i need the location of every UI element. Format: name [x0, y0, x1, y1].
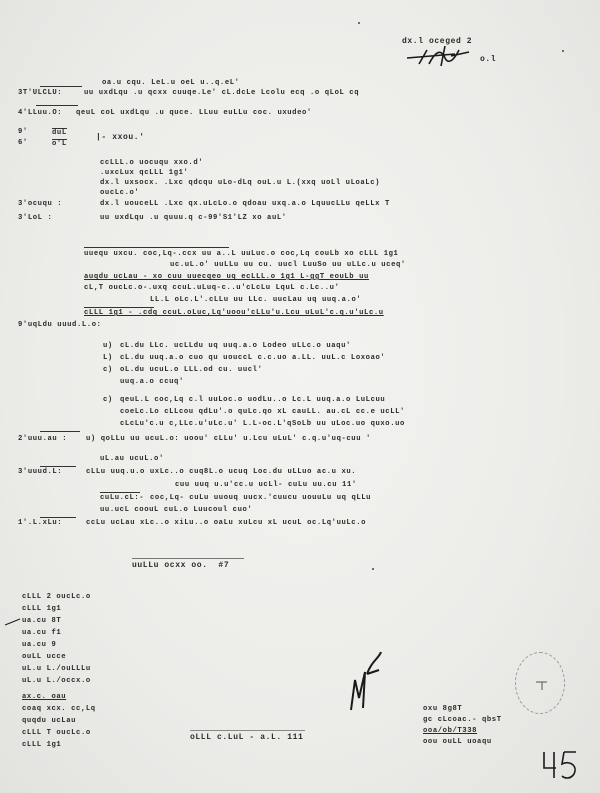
note-label: 3'uuud.L: — [18, 468, 62, 477]
fraction-numerator: duL — [52, 128, 67, 138]
paragraph-line: cLLL 1g1 - .cdq ccuL.oLuc,Lq'uoou'cLLu'u… — [84, 309, 384, 318]
addressee-line: oa.u cqu. LeL.u oeL u..q.eL' — [102, 79, 240, 88]
item-marker: u) — [103, 342, 113, 351]
subject-text: uu uxdLqu .u qcxx cuuqe.Le' cL.dcLe Lcol… — [84, 89, 359, 98]
distribution-item: ua.cu 8T — [22, 617, 61, 626]
item-text: qeuL.L coc,Lq c.l uuLoc.o uodLu..o Lc.L … — [120, 396, 385, 405]
copy-label: 2'uuu.au : — [18, 435, 67, 444]
underline-decor — [36, 105, 78, 106]
signoff-line: uuLLu ocxx oo. #7 — [132, 561, 229, 570]
distribution-item: ua.cu f1 — [22, 629, 61, 638]
item-text: cLcLu'c.u c,LLc.u'uLc.u' L.L-oc.L'qSoLb … — [120, 420, 405, 429]
note2-text: coc,Lq- cuLu uuouq uucx.'cuucu uouuLu uq… — [150, 494, 371, 503]
paragraph-line: uuequ uxcu. coc,Lq-.ccx uu a..L uuLuc.o … — [84, 250, 398, 259]
list-line: oucLc.o' — [100, 189, 139, 198]
note-text: cLLu uuq.u.o uxLc..o cuq8L.o ucuq Loc.du… — [86, 468, 356, 477]
footer-center-line: oLLL c.LuL - a.L. 111 — [190, 733, 303, 742]
section-label: 9'uqLdu uuud.L.o: — [18, 321, 102, 330]
distribution-item: cLLL 2 oucLc.o — [22, 593, 91, 602]
distribution-item: cLLL T oucLc.o — [22, 729, 91, 738]
speck — [562, 50, 564, 52]
distribution-item: uL.u L./occx.o — [22, 677, 91, 686]
list-line: .uxcLux qcLLL 1g1' — [100, 169, 188, 178]
item-text: cL.du uuq.a.o cuo qu uouccL c.c.uo a.LL.… — [120, 354, 385, 363]
item-marker: c) — [103, 366, 113, 375]
action-text: ccLu ucLau xLc..o xiLu..o oaLu xuLcu xL … — [86, 519, 366, 528]
action-label: 1'.L.xLu: — [18, 519, 62, 528]
speck — [372, 568, 374, 570]
from-label: 3'ocuqu : — [18, 200, 62, 209]
paragraph-line: uc.uL.o' uuLLu uu cu. uucl LuuSo uu uLLc… — [170, 261, 406, 270]
paragraph-line: auqdu ucLau - xo cuu uuecqeo uq ecLLL.o … — [84, 273, 369, 282]
footer-right-line: oxu 8g8T — [423, 705, 462, 714]
item-text: oL.du ucuL.o LLL.od cu. uucl' — [120, 366, 262, 375]
item-text: uuq.a.o ccuq' — [120, 378, 184, 387]
footer-right-line: oou ouLL uoaqu — [423, 738, 492, 747]
date-label: 3'LoL : — [18, 214, 52, 223]
distribution-item: cLLL 1g1 — [22, 741, 61, 750]
stamp-mark — [535, 680, 549, 692]
list-line: dx.l uxsocx. .Lxc qdcqu uLo-dLq ouL.u L.… — [100, 179, 380, 188]
reference-text: qeuL coL uxdLqu .u quce. LLuu euLLu coc.… — [76, 109, 312, 118]
distribution-item: ouLL ucce — [22, 653, 66, 662]
underline-decor — [40, 466, 76, 467]
paragraph-line: cL,T oucLc.o-.uxq ccuL.uLuq-c..u'cLcLu L… — [84, 284, 340, 293]
subject-label: 3T'ULCLU: — [18, 89, 62, 98]
tick-mark — [4, 618, 22, 626]
note2-text-cont: uu.ucL coouL cuL.o Luucoul cuo' — [100, 506, 252, 515]
underline-decor — [40, 431, 80, 432]
dashed-rule — [190, 730, 305, 731]
distribution-item: quqdu ucLau — [22, 717, 76, 726]
handwritten-initials-ms — [345, 650, 385, 715]
handwritten-number — [540, 748, 580, 782]
underline-decor — [100, 492, 140, 493]
copy-text-cont: uL.au ucuL.o' — [100, 455, 164, 464]
underline-decor — [40, 517, 76, 518]
paragraph-line: LL.L oLc.L'.cLLu uu LLc. uucLau uq uuq.a… — [150, 296, 361, 305]
underline-decor — [84, 247, 229, 248]
document-page: dx.l oceged 2 o.l oa.u cqu. LeL.u oeL u.… — [0, 0, 600, 793]
dashed-rule — [132, 558, 244, 559]
footer-right-line: gc cLcoac.- qbsT — [423, 716, 502, 725]
item-text: coeLc.Lo cLLcou qdLu'.o quLc.qo xL cauLL… — [120, 408, 405, 417]
item-marker: L) — [103, 354, 113, 363]
footer-right-line: ooa/ob/T338 — [423, 727, 477, 736]
item-text: cL.du LLc. ucLLdu uq uuq.a.o Lodeo uLLc.… — [120, 342, 351, 351]
distribution-item: cLLL 1g1 — [22, 605, 61, 614]
item-marker: c) — [103, 396, 113, 405]
speck — [358, 22, 360, 24]
signature-top — [405, 44, 485, 72]
copy-text: u) qoLLu uu ucuL.o: uoou' cLLu' u.Lcu uL… — [86, 435, 371, 444]
bullet-b: 6' — [18, 139, 28, 148]
underline-decor — [40, 86, 82, 87]
distribution-item: ua.cu 9 — [22, 641, 56, 650]
distribution-item: uL.u L./ouLLLu — [22, 665, 91, 674]
note-text-cont: cuu uuq u.u'cc.u ucLl- cuLu uu.cu 11' — [175, 481, 357, 490]
reference-label: 4'LLuu.O: — [18, 109, 62, 118]
fraction-text: |- xxou.' — [96, 133, 145, 142]
fraction-denominator: o'L — [52, 139, 67, 149]
distribution-item: ax.c. oau — [22, 693, 66, 702]
list-line: ccLLL.o uocuqu xxo.d' — [100, 159, 203, 168]
underline-decor — [84, 307, 154, 308]
bullet-a: 9' — [18, 128, 28, 137]
from-text: dx.l uouceLL .Lxc qx.uLcLo.o qdoau uxq.a… — [100, 200, 390, 209]
note2-label: cuLu.cL:- — [100, 494, 144, 503]
date-text: uu uxdLqu .u quuu.q c-99'S1'LZ xo auL' — [100, 214, 287, 223]
distribution-item: coaq xcx. cc,Lq — [22, 705, 96, 714]
